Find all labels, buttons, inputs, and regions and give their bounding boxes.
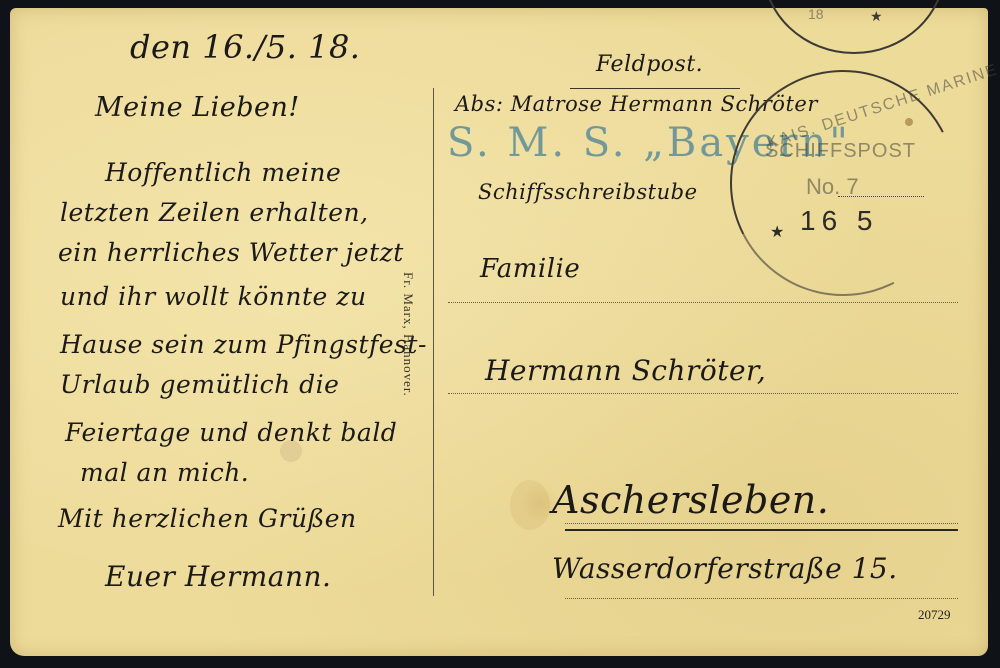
address-line-3 [565, 523, 958, 524]
city-underline [565, 529, 958, 531]
postmark-center-text: SCHIFFSPOST [765, 140, 916, 163]
service-note: Feldpost. [596, 52, 703, 77]
paper-stain [510, 480, 550, 530]
message-line: und ihr wollt könnte zu [60, 282, 367, 311]
message-line: mal an mich. [80, 458, 249, 487]
date-line: den 16./5. 18. [130, 28, 360, 66]
street: Wasserdorferstraße 15. [552, 552, 898, 585]
address-line-2 [448, 393, 958, 394]
partial-postmark-digits: 18 [808, 6, 824, 22]
recipient-title: Familie [480, 254, 580, 284]
message-line: Hause sein zum Pfingstfest- [60, 330, 427, 359]
serial-number: 20729 [918, 607, 951, 623]
closing: Mit herzlichen Grüßen [58, 504, 357, 533]
postmark-star-icon: ★ [770, 222, 784, 241]
message-line: letzten Zeilen erhalten, [60, 198, 369, 227]
partial-postmark-star: ★ [870, 8, 883, 25]
message-line: Feiertage und denkt bald [65, 418, 397, 447]
address-line-4 [565, 598, 958, 599]
service-note-underline [570, 88, 740, 89]
postmark-dotted-line [838, 196, 924, 197]
message-line: ein herrliches Wetter jetzt [58, 238, 404, 267]
signature: Euer Hermann. [105, 560, 331, 593]
postmark-date: 16 5 [800, 205, 879, 237]
department-line: Schiffsschreibstube [478, 180, 698, 204]
city: Aschersleben. [552, 478, 829, 522]
center-divider-line [433, 88, 434, 596]
publisher-imprint: Fr. Marx, Hannover. [400, 272, 416, 397]
greeting: Meine Lieben! [95, 92, 300, 123]
recipient-name: Hermann Schröter, [485, 354, 766, 387]
message-line: Urlaub gemütlich die [60, 370, 339, 399]
message-line: Hoffentlich meine [105, 158, 341, 187]
address-line-1 [448, 302, 958, 303]
